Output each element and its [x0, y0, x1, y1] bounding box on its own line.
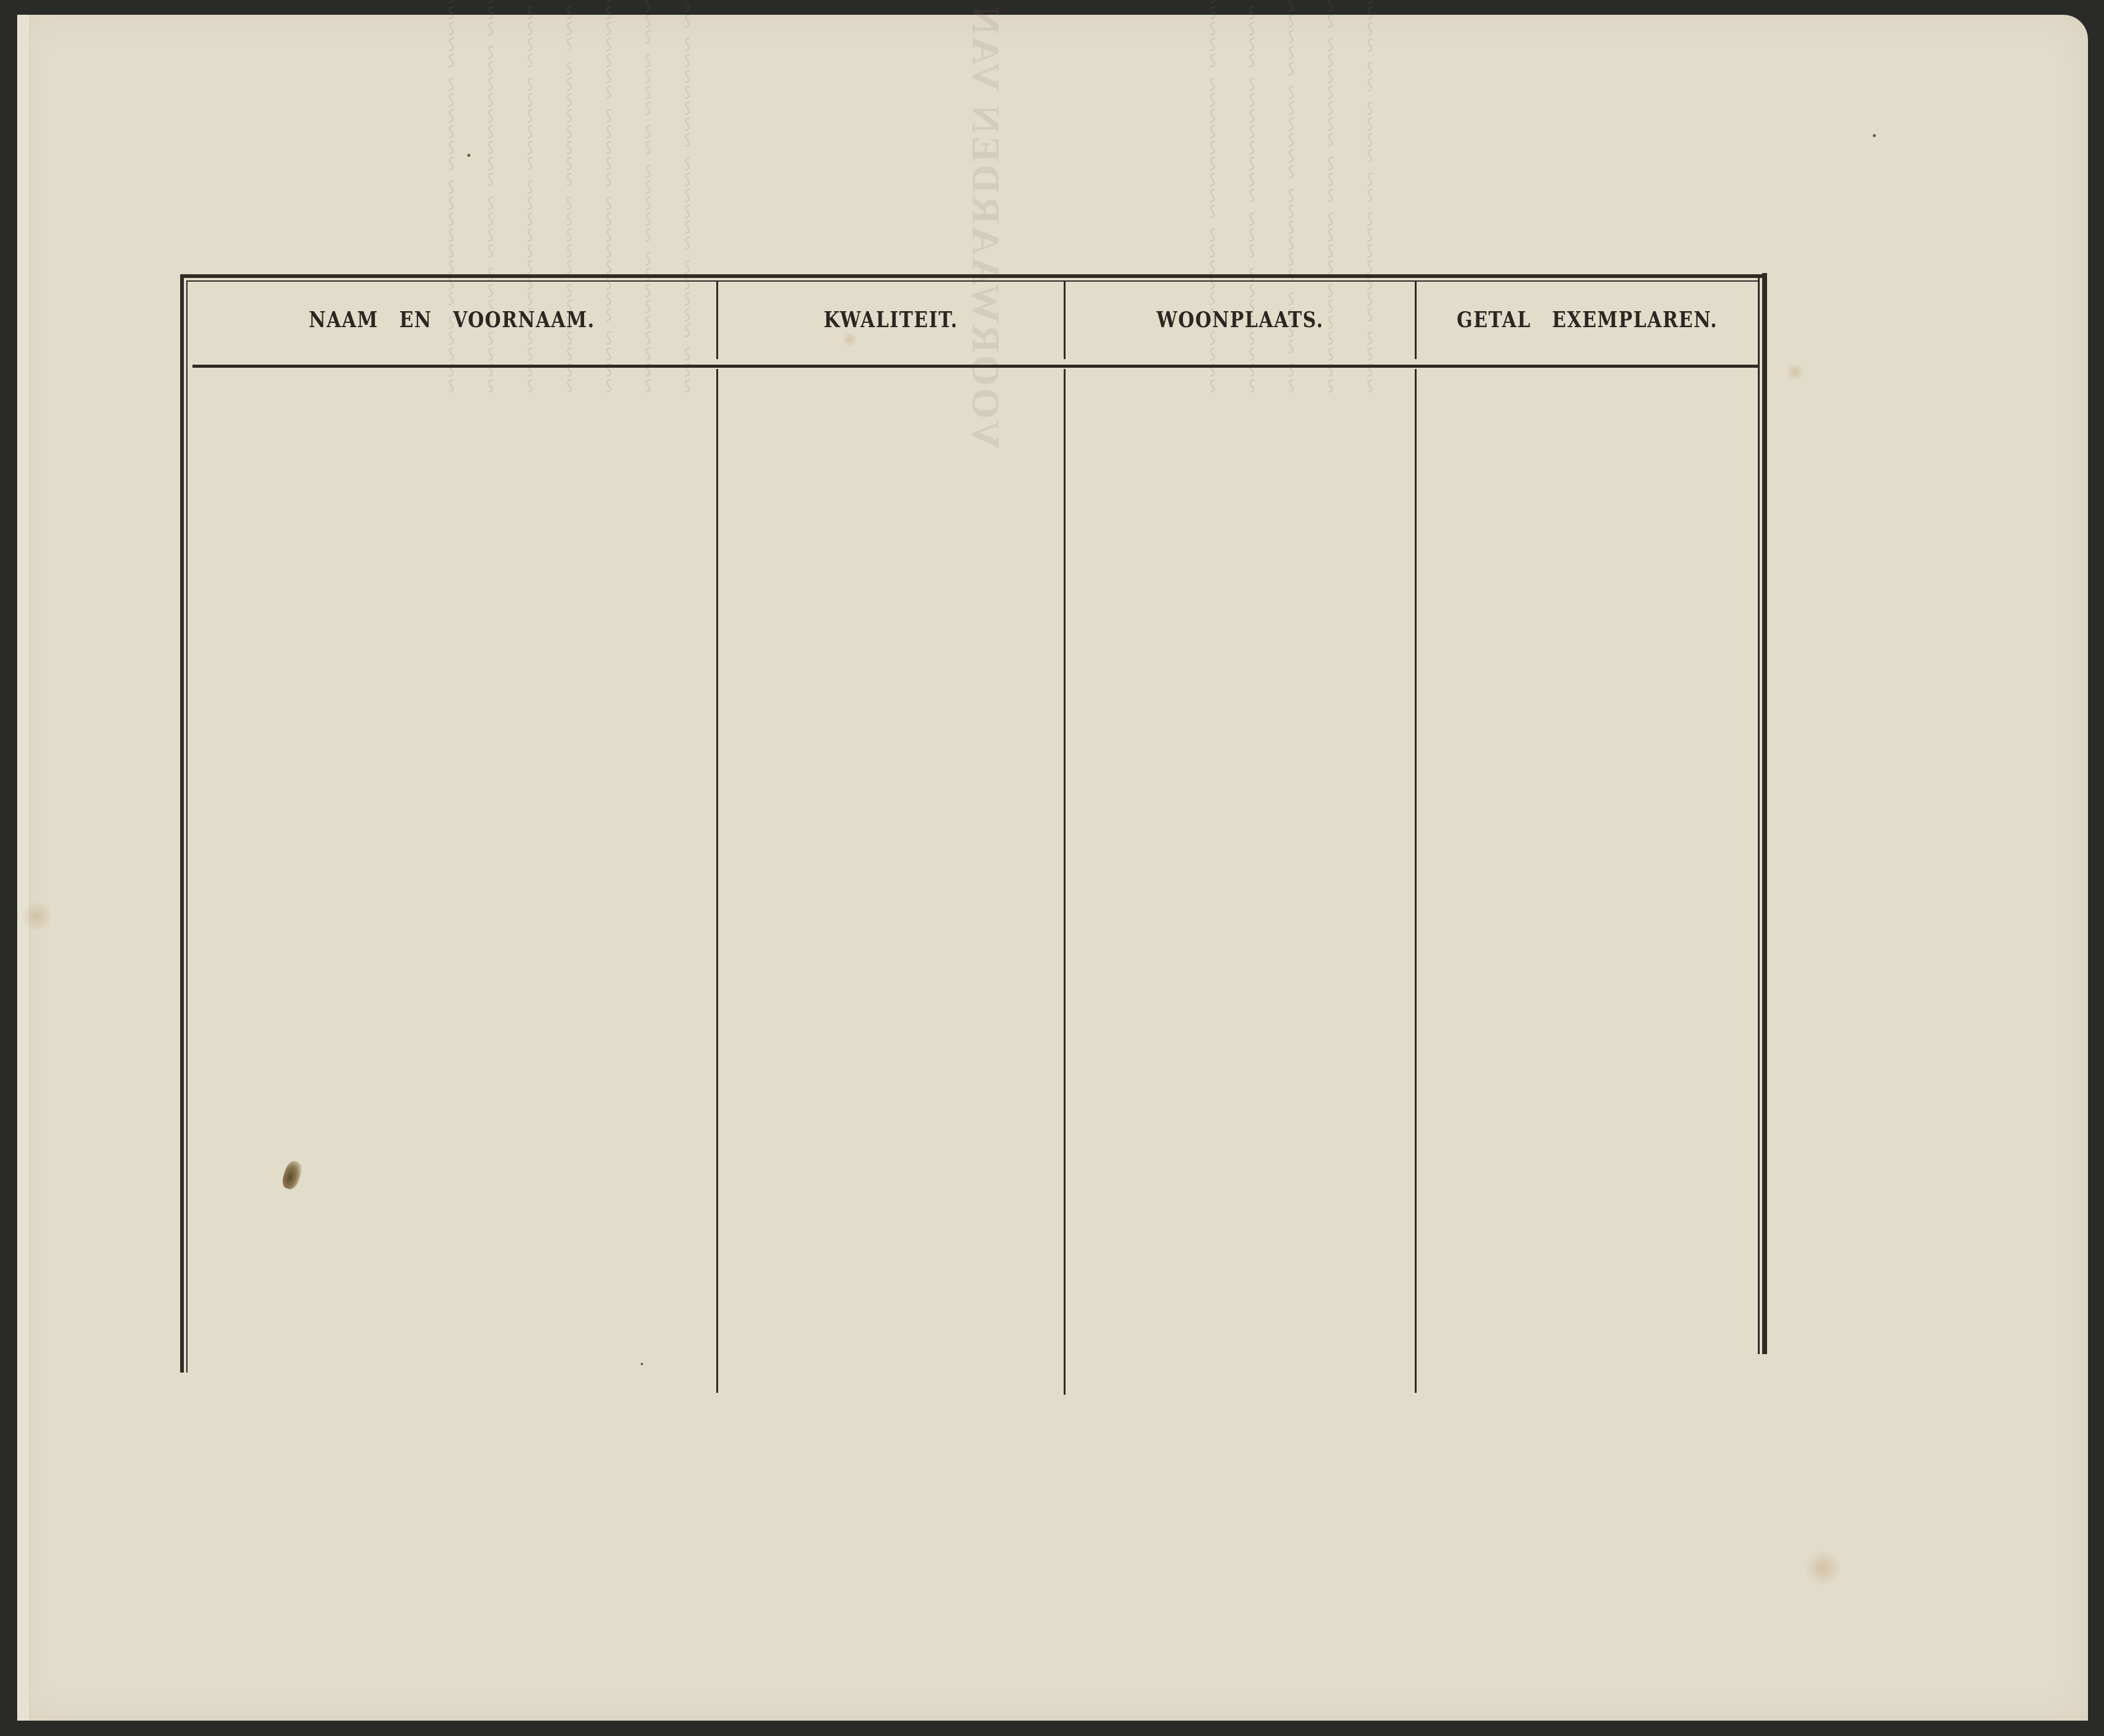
speck [1873, 134, 1876, 137]
column-header-label: NAAM EN VOORNAAM. [309, 307, 595, 332]
column-header-naam: NAAM EN VOORNAAM. [188, 299, 716, 341]
column-body-woonplaats[interactable] [1066, 369, 1414, 1365]
table-right-border-inner [1758, 278, 1760, 1354]
table-left-border-inner [186, 280, 188, 1373]
table-top-border-inner [186, 280, 1759, 282]
column-header-label: WOONPLAATS. [1157, 307, 1324, 332]
header-bottom-rule [192, 365, 1758, 368]
column-header-label: KWALITEIT. [824, 307, 958, 332]
column-body-naam[interactable] [188, 369, 716, 1365]
column-divider-1 [716, 369, 718, 1393]
column-header-woonplaats: WOONPLAATS. [1066, 299, 1415, 341]
column-header-getal: GETAL EXEMPLAREN. [1417, 299, 1758, 341]
speck [467, 154, 470, 157]
foxing-stain [22, 901, 52, 932]
foxing-stain [1805, 1550, 1841, 1587]
column-header-label: GETAL EXEMPLAREN. [1457, 307, 1717, 332]
table-left-border-outer [180, 274, 184, 1373]
column-body-getal[interactable] [1417, 369, 1757, 1365]
foxing-stain [1786, 363, 1805, 381]
column-body-kwaliteit[interactable] [719, 369, 1063, 1365]
table-top-border-outer [180, 274, 1766, 278]
column-divider-2 [1064, 369, 1066, 1395]
table-right-border-outer [1762, 273, 1767, 1354]
column-header-kwaliteit: KWALITEIT. [718, 299, 1064, 341]
column-divider-3 [1415, 369, 1417, 1393]
